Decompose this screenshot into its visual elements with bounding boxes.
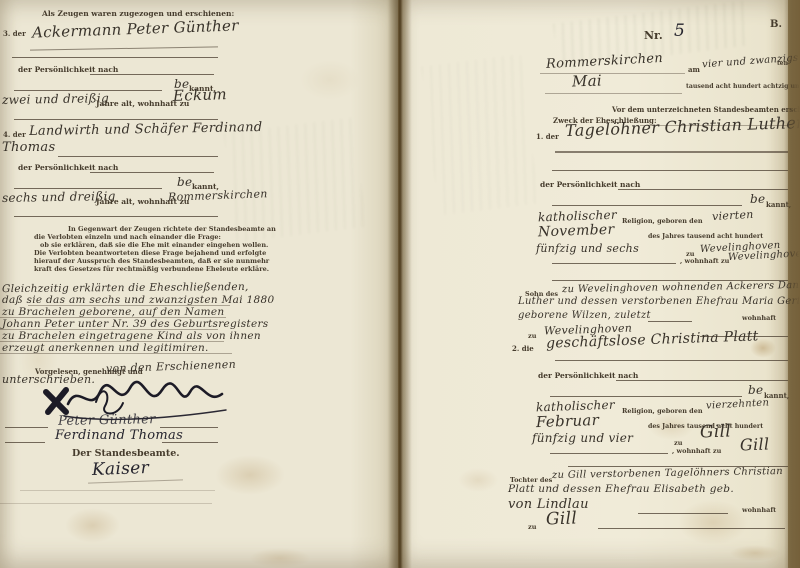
bride-prefix: 2. die bbox=[512, 345, 534, 352]
groom-prefix: 1. der bbox=[536, 133, 559, 140]
groom-parents-line2: Luther und dessen verstorbenen Ehefrau M… bbox=[518, 297, 800, 307]
declaration-line: In Gegenwart der Zeugen richtete der Sta… bbox=[68, 226, 276, 233]
am-label: am bbox=[688, 66, 700, 73]
paper-stain bbox=[300, 60, 360, 100]
groom-parents-line1: zu Wevelinghoven wohnenden Ackerers Dani… bbox=[562, 281, 800, 295]
legitimation-line: erzeugt anerkennen und legitimiren. bbox=[2, 343, 209, 354]
zu-label-bride-parents: zu bbox=[528, 524, 536, 531]
signature-flourish-line bbox=[30, 46, 218, 50]
witness3-signature: Peter Günther bbox=[58, 413, 156, 428]
form-line bbox=[638, 513, 728, 514]
form-line bbox=[14, 119, 218, 120]
paper-stain bbox=[678, 500, 748, 545]
legitimation-line: zu Brachelen geborene, auf den Namen bbox=[2, 307, 224, 318]
witnesses-heading: Als Zeugen waren zugezogen und erschiene… bbox=[42, 10, 234, 18]
signature-line bbox=[5, 427, 48, 428]
zu-label-groom-parents: zu bbox=[528, 333, 536, 340]
legitimation-line: Gleichzeitig erklärten die Eheschließend… bbox=[2, 282, 249, 295]
paper-stain bbox=[458, 468, 498, 492]
be-hand-groom: be bbox=[750, 193, 765, 205]
hand-underline bbox=[0, 341, 224, 342]
faint-guide-line bbox=[0, 503, 212, 504]
faint-guide-line bbox=[20, 490, 215, 491]
form-line bbox=[616, 380, 788, 381]
witness3-age: zwei und dreißig bbox=[2, 92, 109, 106]
form-line bbox=[58, 156, 218, 157]
witness3-name: Ackermann Peter Günther bbox=[32, 18, 239, 40]
hand-underline bbox=[28, 305, 230, 306]
right-page: B. Nr. 5 Rommerskirchen am vier und zwan… bbox=[400, 0, 788, 568]
form-line bbox=[648, 321, 692, 322]
hand-underline bbox=[0, 353, 232, 354]
religion-label-groom: Religion, geboren den bbox=[622, 218, 703, 225]
be-hand-bride: be bbox=[748, 384, 763, 396]
bride-birth-month: Februar bbox=[536, 413, 600, 430]
religion-label-bride: Religion, geboren den bbox=[622, 408, 703, 415]
form-line bbox=[90, 172, 214, 173]
form-line bbox=[545, 93, 682, 94]
form-line bbox=[540, 73, 685, 74]
record-number-label: Nr. bbox=[644, 30, 663, 41]
form-line bbox=[90, 74, 214, 75]
witness4-name-line1: Landwirth und Schäfer Ferdinand bbox=[29, 121, 263, 138]
form-line bbox=[550, 396, 742, 397]
registrar-label: Der Standesbeamte. bbox=[72, 449, 180, 459]
witness3-prefix: 3. der bbox=[3, 30, 26, 37]
record-month: Mai bbox=[572, 73, 603, 89]
legitimation-line: Johann Peter unter Nr. 39 des Geburtsreg… bbox=[2, 319, 268, 330]
identity-label-w3: der Persönlichkeit nach bbox=[18, 66, 118, 74]
witness4-signature: Ferdinand Thomas bbox=[55, 429, 183, 442]
paper-stain bbox=[730, 545, 780, 561]
year-printed-line: tausend acht hundert achtzig und zwei. bbox=[686, 84, 800, 90]
witness4-name-line2: Thomas bbox=[2, 141, 55, 154]
hand-underline bbox=[0, 329, 218, 330]
registry-book-scan: Als Zeugen waren zugezogen und erschiene… bbox=[0, 0, 800, 568]
ink-bleed-ghost bbox=[224, 117, 366, 242]
bride-birth-day: vierzehnten bbox=[706, 398, 770, 411]
wohnhaft-label-bride-parents: wohnhaft bbox=[742, 507, 776, 514]
record-number-value: 5 bbox=[674, 23, 685, 40]
ink-bleed-ghost bbox=[421, 54, 539, 215]
form-line bbox=[552, 170, 788, 171]
groom-birth-day: vierten bbox=[712, 209, 754, 222]
legitimation-line: zu Brachelen eingetragene Kind als von i… bbox=[2, 331, 261, 342]
witness4-prefix: 4. der bbox=[3, 131, 26, 138]
bride-birth-year: fünfzig und vier bbox=[532, 432, 633, 444]
signature-line bbox=[162, 442, 218, 443]
paper-stain bbox=[250, 548, 310, 568]
declaration-line: die Verlobten einzeln und nach einander … bbox=[34, 234, 221, 241]
hand-underline bbox=[555, 151, 788, 153]
form-line bbox=[552, 263, 676, 264]
left-page: Als Zeugen waren zugezogen und erschiene… bbox=[0, 0, 398, 568]
bride-birth-place: Gill bbox=[700, 423, 732, 441]
bride-parents-line1: zu Gill verstorbenen Tagelöhners Christi… bbox=[552, 467, 783, 481]
identity-label-w4: der Persönlichkeit nach bbox=[18, 164, 118, 172]
page-edge-shadow bbox=[784, 0, 800, 568]
declaration-line: hierauf der Ausspruch des Standesbeamten… bbox=[34, 258, 269, 265]
wohnhaft-label-groom-parents: wohnhaft bbox=[742, 315, 776, 322]
signature-flourish-line bbox=[88, 479, 183, 483]
closing-hand-1: von den Erschienenen bbox=[106, 359, 236, 375]
form-line bbox=[550, 453, 668, 454]
bride-residence: Gill bbox=[740, 436, 770, 453]
wohnhaft-zu-label-bride: , wohnhaft zu bbox=[672, 448, 721, 455]
identity-label-bride: der Persönlichkeit nach bbox=[538, 372, 638, 380]
intro-line1: Vor dem unterzeichneten Standesbeamten e… bbox=[612, 106, 800, 113]
bride-parents-line2: Platt und dessen Ehefrau Elisabeth geb. bbox=[508, 484, 734, 495]
witness3-residence: Eckum bbox=[173, 87, 227, 104]
declaration-line: ob sie erklären, daß sie die Ehe mit ein… bbox=[40, 242, 268, 249]
corner-mark: B. bbox=[770, 20, 782, 30]
legitimation-line: daß sie das am sechs und zwanzigsten Mai… bbox=[2, 295, 274, 306]
zu-label-bride-birth: zu bbox=[674, 440, 682, 447]
hand-underline bbox=[0, 317, 226, 318]
wohnhaft-zu-label-groom: , wohnhaft zu bbox=[680, 258, 729, 265]
paper-stain bbox=[65, 508, 120, 543]
form-line bbox=[555, 360, 788, 361]
identity-label-groom: der Persönlichkeit nach bbox=[540, 181, 640, 189]
be-hand-w4: be bbox=[177, 176, 192, 188]
signature-line bbox=[5, 442, 45, 443]
bride-parents-residence: Gill bbox=[546, 510, 578, 528]
form-line bbox=[552, 205, 742, 206]
form-line bbox=[618, 189, 788, 190]
registrar-signature: Kaiser bbox=[92, 460, 150, 479]
book-binding-gutter bbox=[388, 0, 412, 568]
form-line bbox=[598, 528, 785, 529]
declaration-line: kraft des Gesetzes für rechtmäßig verbun… bbox=[34, 266, 269, 273]
groom-birth-month: November bbox=[538, 223, 615, 240]
groom-parents-line3: geborene Wilzen, zuletzt bbox=[518, 311, 651, 321]
witness4-residence: Rommerskirchen bbox=[168, 188, 268, 202]
year-label-groom: des Jahres tausend acht hundert bbox=[648, 234, 763, 240]
groom-birth-year: fünfzig und sechs bbox=[536, 243, 639, 254]
form-line bbox=[14, 216, 218, 217]
declaration-line: Die Verlobten beantworteten diese Frage … bbox=[34, 250, 266, 257]
form-line bbox=[12, 57, 218, 58]
paper-stain bbox=[215, 455, 285, 495]
